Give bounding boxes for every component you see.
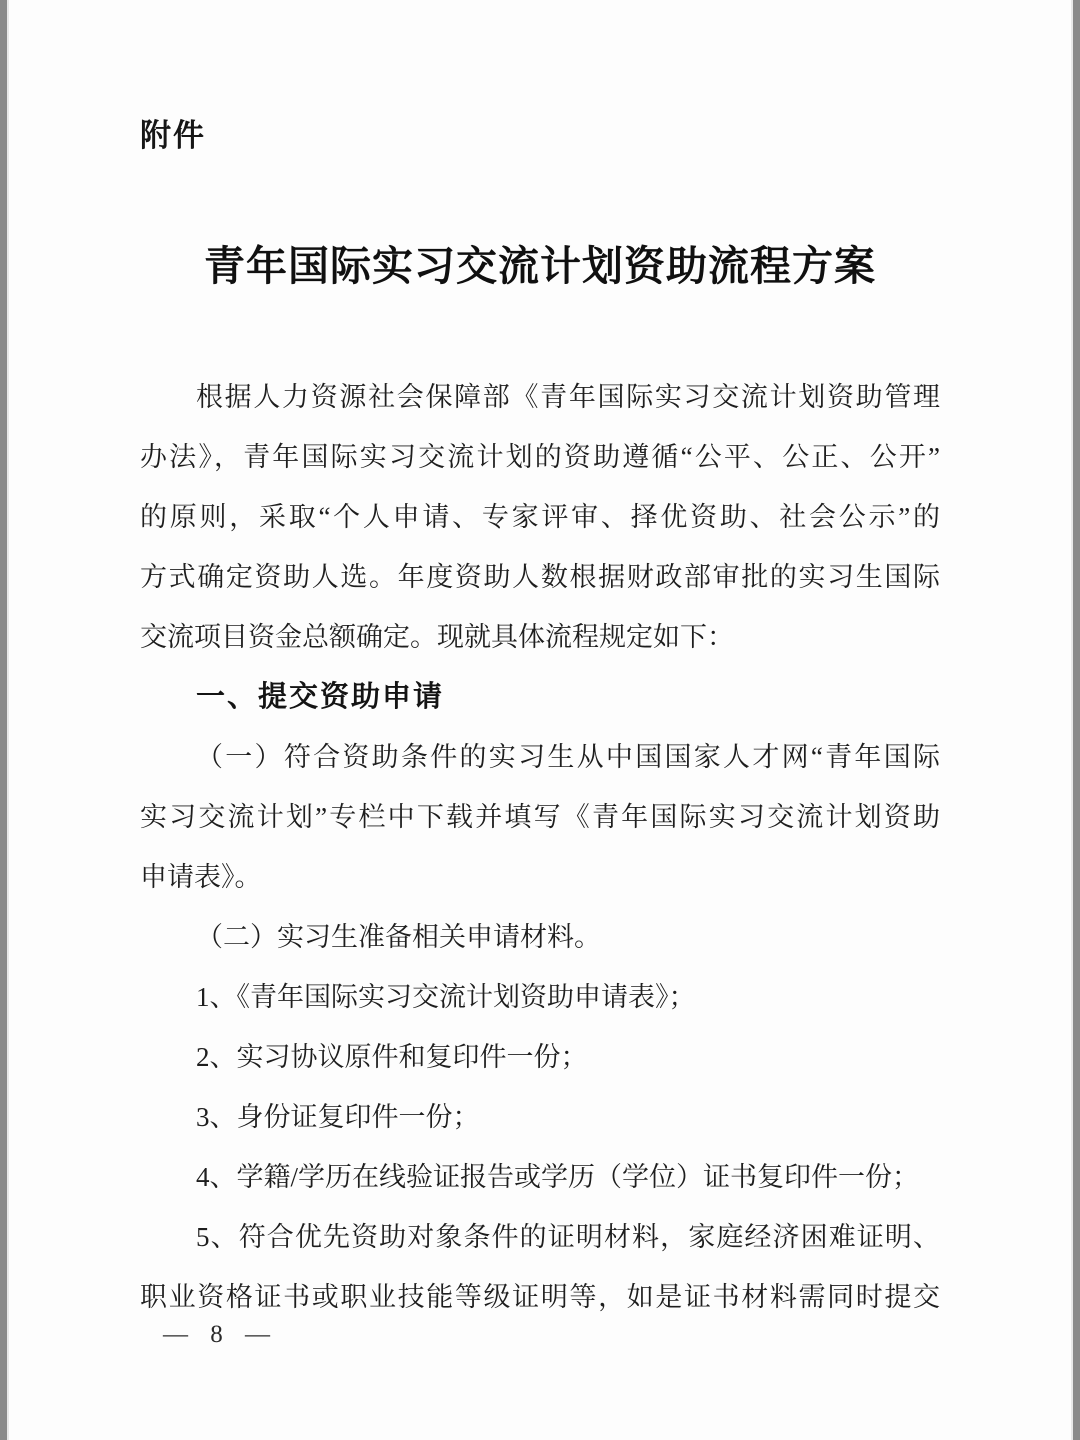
document-body: 根据人力资源社会保障部《青年国际实习交流计划资助管理 办法》，青年国际实习交流计… <box>140 367 940 1327</box>
list-item: 1、《青年国际实习交流计划资助申请表》； <box>140 967 940 1027</box>
page-edge-right <box>1071 0 1080 1440</box>
document-page: 附件 青年国际实习交流计划资助流程方案 根据人力资源社会保障部《青年国际实习交流… <box>0 0 1080 1440</box>
body-line: （一）符合资助条件的实习生从中国国家人才网“青年国际 <box>140 727 940 787</box>
body-line: 办法》，青年国际实习交流计划的资助遵循“公平、公正、公开” <box>140 427 940 487</box>
body-line: 交流项目资金总额确定。现就具体流程规定如下： <box>140 607 940 667</box>
body-line: 的原则，采取“个人申请、专家评审、择优资助、社会公示”的 <box>140 487 940 547</box>
body-line: 根据人力资源社会保障部《青年国际实习交流计划资助管理 <box>140 367 940 427</box>
list-item: 3、身份证复印件一份； <box>140 1087 940 1147</box>
body-line: 申请表》。 <box>140 847 940 907</box>
page-edge-left <box>0 0 9 1440</box>
list-item: 2、实习协议原件和复印件一份； <box>140 1027 940 1087</box>
section-heading: 一、提交资助申请 <box>140 667 940 727</box>
attachment-label: 附件 <box>140 112 206 160</box>
list-item: 4、学籍/学历在线验证报告或学历（学位）证书复印件一份； <box>140 1147 940 1207</box>
body-line: （二）实习生准备相关申请材料。 <box>140 907 940 967</box>
body-line: 方式确定资助人选。年度资助人数根据财政部审批的实习生国际 <box>140 547 940 607</box>
page-number: — 8 — <box>163 1305 270 1365</box>
list-item: 5、符合优先资助对象条件的证明材料，家庭经济困难证明、 <box>140 1207 940 1267</box>
document-title: 青年国际实习交流计划资助流程方案 <box>110 238 970 294</box>
body-line: 实习交流计划”专栏中下载并填写《青年国际实习交流计划资助 <box>140 787 940 847</box>
